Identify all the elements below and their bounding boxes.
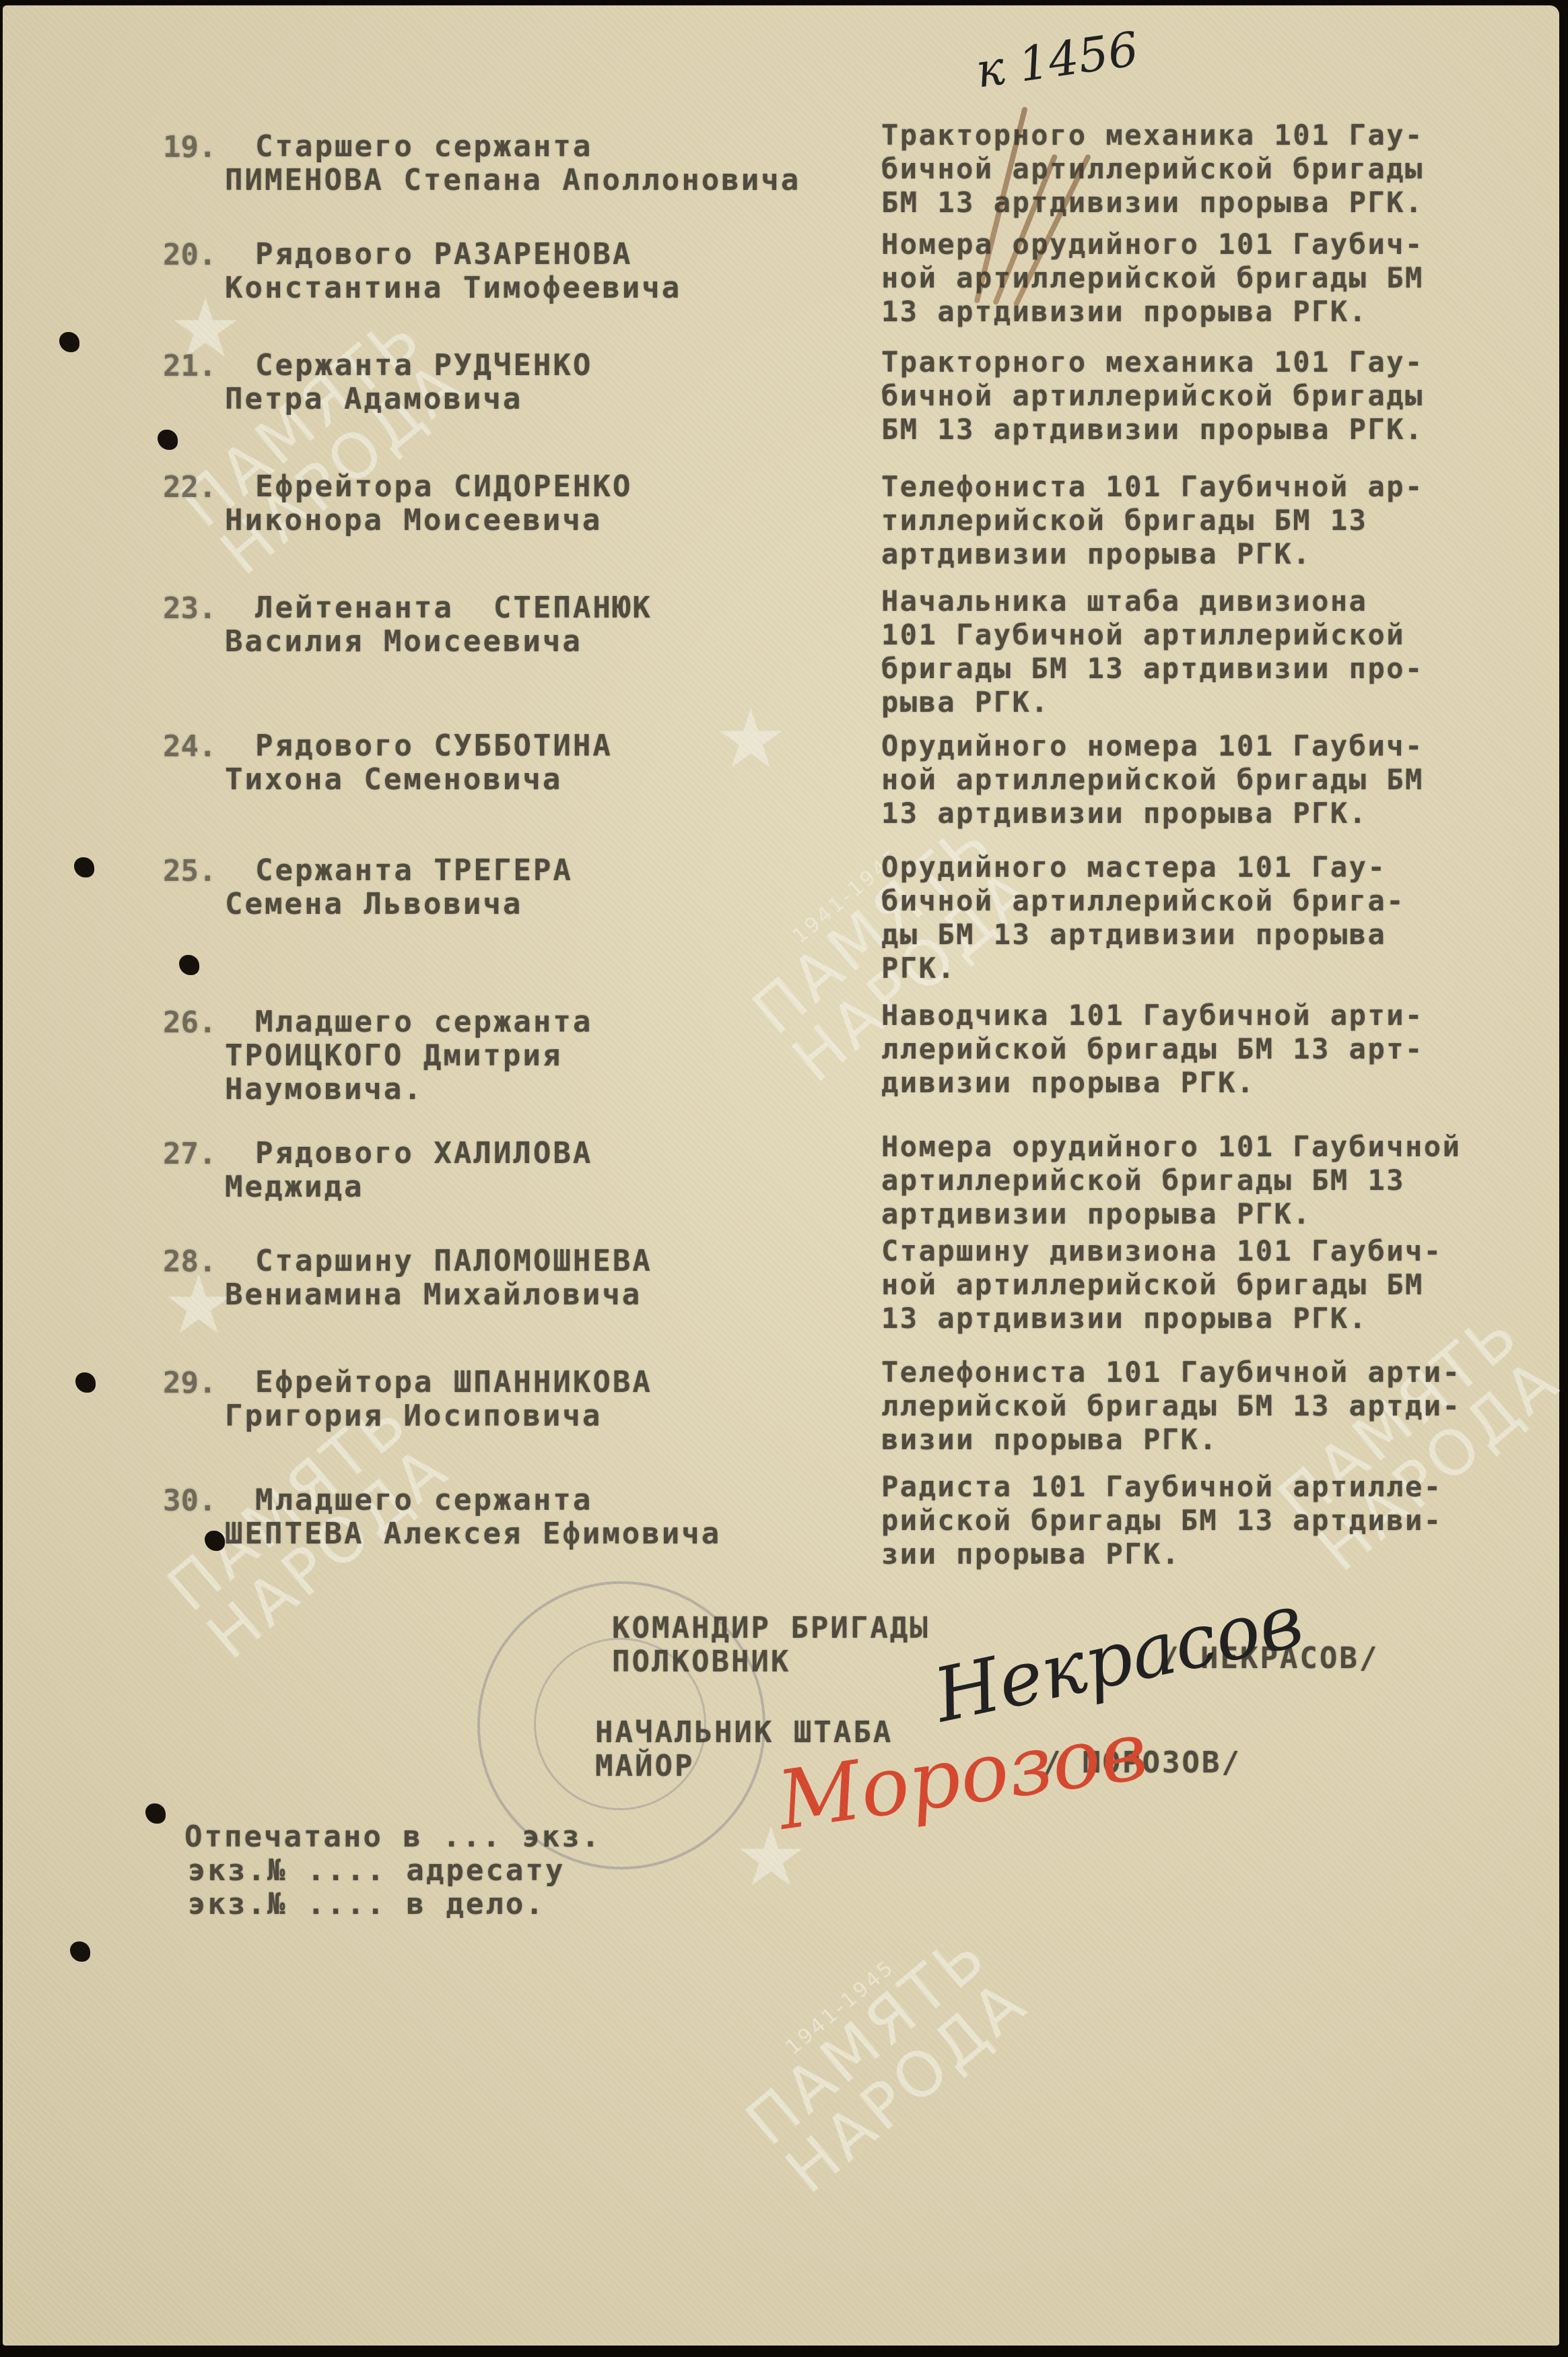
entry-position: Орудийного мастера 101 Гау- — [881, 851, 1386, 884]
commander-rank: ПОЛКОВНИК — [612, 1645, 790, 1679]
entry-number: 27. — [163, 1137, 216, 1171]
entry-position: 13 артдивизии прорыва РГК. — [881, 797, 1367, 830]
entry-number: 24. — [163, 729, 216, 764]
punch-hole — [59, 332, 79, 352]
entry-number: 23. — [163, 591, 216, 626]
entry-rank: Младшего сержанта — [255, 1484, 592, 1517]
entry-position: ной артиллерийской бригады БМ — [881, 261, 1424, 295]
entry-position: рыва РГК. — [881, 686, 1050, 719]
entry-rank: Рядового ХАЛИЛОВА — [255, 1137, 592, 1170]
entry-position: ной артиллерийской бригады БМ — [881, 1268, 1424, 1302]
entry-position: артдивизии прорыва РГК. — [881, 1197, 1311, 1231]
entry-number: 28. — [163, 1244, 216, 1279]
entry-name: Тихона Семеновича — [225, 763, 562, 797]
entry-position: визии прорыва РГК. — [881, 1423, 1218, 1457]
entry-name: Никонора Моисеевича — [225, 504, 602, 537]
chief-rank: МАЙОР — [595, 1750, 694, 1783]
punch-hole — [74, 857, 94, 877]
print-note-line-1: Отпечатано в ... экз. — [184, 1820, 601, 1854]
entry-position: Тракторного механика 101 Гау- — [881, 345, 1424, 379]
entry-position: Тракторного механика 101 Гау- — [881, 119, 1424, 152]
entry-position: артиллерийской бригады БМ 13 — [881, 1164, 1405, 1197]
entry-position: Старшину дивизиона 101 Гаубич- — [881, 1234, 1443, 1268]
entry-position: Телефониста 101 Гаубичной ар- — [881, 470, 1424, 504]
entry-position: Номера орудийного 101 Гаубич- — [881, 228, 1424, 261]
entry-name: ПИМЕНОВА Степана Аполлоновича — [225, 164, 800, 197]
entry-position: Телефониста 101 Гаубичной арти- — [881, 1356, 1461, 1389]
entry-name: ТРОИЦКОГО Дмитрия — [225, 1039, 562, 1073]
entry-position: рийской бригады БМ 13 артдиви- — [881, 1504, 1443, 1537]
entry-rank: Старшину ПАЛОМОШНЕВА — [255, 1244, 652, 1278]
entry-name: Вениамина Михайловича — [225, 1278, 642, 1312]
entry-position: артдивизии прорыва РГК. — [881, 537, 1311, 571]
entry-position: БМ 13 артдивизии прорыва РГК. — [881, 413, 1424, 446]
watermark-star-icon: ★ — [716, 672, 785, 787]
entry-number: 29. — [163, 1366, 216, 1400]
entry-position: Начальника штаба дивизиона — [881, 585, 1367, 618]
entry-position: бичной артиллерийской бригады — [881, 379, 1424, 413]
entry-rank: Рядового СУББОТИНА — [255, 729, 613, 763]
entry-position: РГК. — [881, 952, 956, 985]
entry-number: 30. — [163, 1484, 216, 1518]
entry-position: бичной артиллерийской брига- — [881, 884, 1405, 918]
entry-name: Григория Иосиповича — [225, 1399, 602, 1433]
punch-hole — [158, 430, 178, 450]
punch-hole — [70, 1941, 90, 1962]
entry-rank: Рядового РАЗАРЕНОВА — [255, 238, 632, 271]
entry-rank: Ефрейтора ШПАННИКОВА — [255, 1366, 652, 1399]
entry-name: Константина Тимофеевича — [225, 271, 681, 305]
entry-position: бичной артиллерийской бригады — [881, 152, 1424, 186]
entry-position: 101 Гаубичной артиллерийской — [881, 618, 1405, 652]
entry-position: Орудийного номера 101 Гаубич- — [881, 729, 1424, 763]
entry-rank: Старшего сержанта — [255, 130, 592, 164]
entry-position: тиллерийской бригады БМ 13 — [881, 504, 1367, 537]
entry-position: Номера орудийного 101 Гаубичной — [881, 1130, 1461, 1164]
punch-hole — [179, 955, 199, 975]
entry-number: 26. — [163, 1005, 216, 1040]
entry-number: 22. — [163, 470, 216, 504]
entry-number: 21. — [163, 349, 216, 383]
print-note-line-3: экз.№ .... в дело. — [188, 1888, 545, 1921]
entry-position: Наводчика 101 Гаубичной арти- — [881, 999, 1424, 1032]
watermark: 1941-1945 ПАМЯТЬ НАРОДА — [723, 1906, 1038, 2203]
entry-rank: Сержанта РУДЧЕНКО — [255, 349, 592, 383]
entry-number: 19. — [163, 130, 216, 164]
entry-name: Василия Моисеевича — [225, 625, 582, 659]
entry-position: дивизии прорыва РГК. — [881, 1066, 1256, 1100]
entry-position: бригады БМ 13 артдивизии про- — [881, 652, 1424, 686]
entry-position: ной артиллерийской бригады БМ — [881, 763, 1424, 797]
punch-hole — [145, 1803, 166, 1824]
entry-name: Наумовича. — [225, 1073, 423, 1106]
watermark: ПАМЯТЬ НАРОДА — [1268, 1300, 1568, 1582]
entry-position: ллерийской бригады БМ 13 артди- — [881, 1389, 1461, 1423]
entry-rank: Ефрейтора СИДОРЕНКО — [255, 470, 632, 504]
entry-name: Семена Львовича — [225, 888, 522, 921]
entry-rank: Лейтенанта СТЕПАНЮК — [255, 591, 652, 625]
entry-position: БМ 13 артдивизии прорыва РГК. — [881, 186, 1424, 220]
document-page: ★ ПАМЯТЬ НАРОДА ★ 1941-1945 ПАМЯТЬ НАРОД… — [3, 5, 1559, 2346]
entry-name: Меджида — [225, 1170, 364, 1204]
entry-position: 13 артдивизии прорыва РГК. — [881, 295, 1367, 329]
handwritten-reference: к 1456 — [972, 22, 1141, 99]
print-note-line-2: экз.№ .... адресату — [188, 1854, 565, 1888]
punch-hole — [75, 1372, 96, 1393]
entry-position: ды БМ 13 артдивизии прорыва — [881, 918, 1386, 952]
entry-number: 20. — [163, 238, 216, 272]
entry-name: ШЕПТЕВА Алексея Ефимовича — [225, 1517, 721, 1551]
entry-rank: Сержанта ТРЕГЕРА — [255, 854, 573, 888]
entry-number: 25. — [163, 854, 216, 888]
entry-rank: Младшего сержанта — [255, 1005, 592, 1039]
commander-title: КОМАНДИР БРИГАДЫ — [612, 1612, 930, 1645]
entry-position: ллерийской бригады БМ 13 арт- — [881, 1032, 1424, 1066]
entry-position: 13 артдивизии прорыва РГК. — [881, 1302, 1367, 1335]
entry-name: Петра Адамовича — [225, 383, 522, 416]
entry-position: Радиста 101 Гаубичной артилле- — [881, 1470, 1443, 1504]
entry-position: зии прорыва РГК. — [881, 1537, 1181, 1571]
